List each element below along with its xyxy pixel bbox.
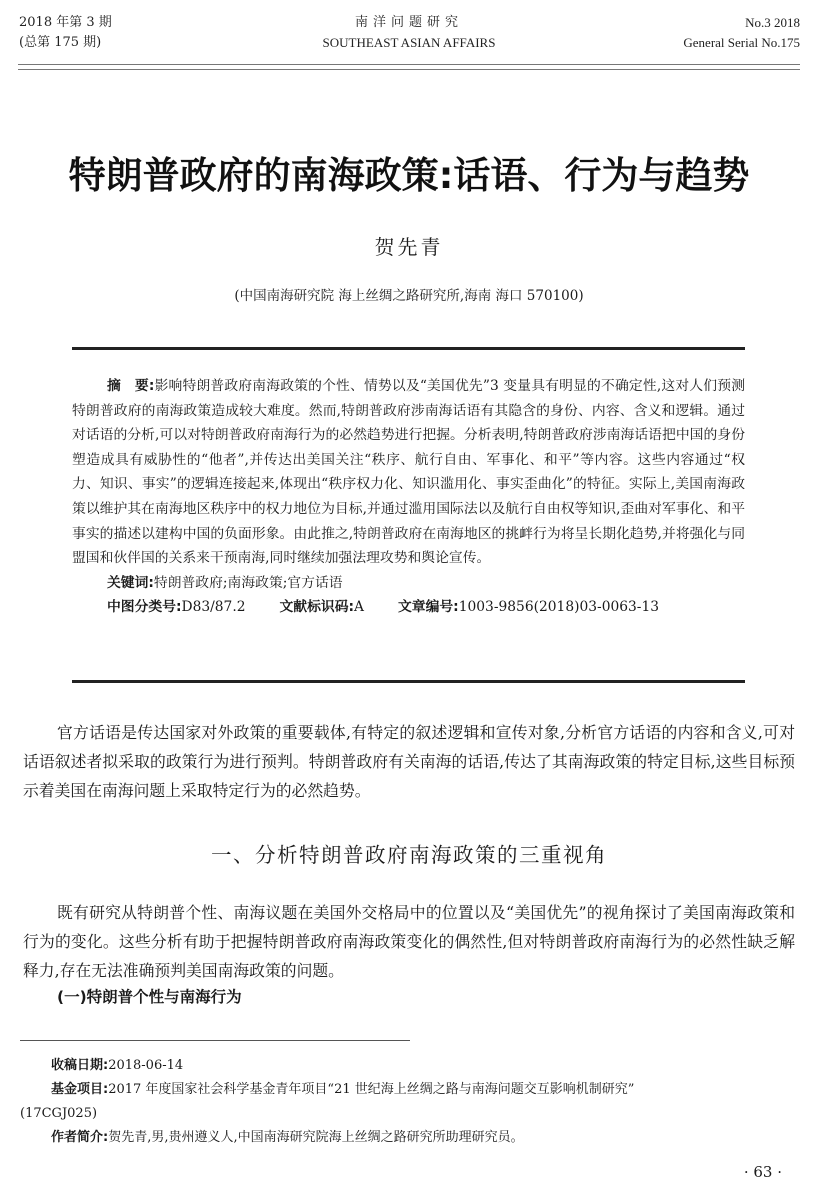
author-affiliation: (中国南海研究院 海上丝绸之路研究所,海南 海口 570100): [0, 284, 818, 304]
intro-paragraph: 官方话语是传达国家对外政策的重要载体,有特定的叙述逻辑和宣传对象,分析官方话语的…: [23, 718, 795, 805]
abstract-text: 影响特朗普政府南海政策的个性、情势以及“美国优先”3 变量具有明显的不确定性,这…: [72, 378, 745, 566]
article-title: 特朗普政府的南海政策:话语、行为与趋势: [0, 145, 818, 199]
fund-line: 基金项目:2017 年度国家社会科学基金青年项目“21 世纪海上丝绸之路与南海问…: [20, 1078, 798, 1102]
fund-value: 2017 年度国家社会科学基金青年项目“21 世纪海上丝绸之路与南海问题交互影响…: [108, 1082, 634, 1097]
header-rule: [18, 64, 800, 70]
abstract-paragraph: 摘 要:影响特朗普政府南海政策的个性、情势以及“美国优先”3 变量具有明显的不确…: [72, 374, 745, 571]
keywords-line: 关键词:特朗普政府;南海政策;官方话语: [72, 571, 745, 596]
clc-label: 中图分类号:: [107, 599, 182, 615]
doc-code-label: 文献标识码:: [280, 599, 355, 615]
footnotes-block: 收稿日期:2018-06-14 基金项目:2017 年度国家社会科学基金青年项目…: [20, 1054, 798, 1150]
abstract-top-rule: [72, 347, 745, 350]
abstract-block: 摘 要:影响特朗普政府南海政策的个性、情势以及“美国优先”3 变量具有明显的不确…: [72, 374, 745, 620]
section-heading: 一、分析特朗普政府南海政策的三重视角: [0, 838, 818, 868]
article-author: 贺先青: [0, 231, 818, 260]
author-bio-value: 贺先青,男,贵州遵义人,中国南海研究院海上丝绸之路研究所助理研究员。: [108, 1130, 523, 1145]
section1-block: 既有研究从特朗普个性、南海议题在美国外交格局中的位置以及“美国优先”的视角探讨了…: [23, 898, 795, 985]
received-value: 2018-06-14: [108, 1058, 183, 1073]
received-date-line: 收稿日期:2018-06-14: [20, 1054, 798, 1078]
keywords-label: 关键词:: [107, 575, 154, 591]
author-bio-label: 作者简介:: [51, 1130, 108, 1145]
fund-label: 基金项目:: [51, 1082, 108, 1097]
footnote-rule: [20, 1040, 410, 1041]
page-number: · 63 ·: [744, 1163, 782, 1181]
header-serial: No.3 2018 General Serial No.175: [683, 13, 800, 53]
header-serial-line1: No.3 2018: [683, 13, 800, 33]
keywords-value: 特朗普政府;南海政策;官方话语: [154, 575, 343, 591]
fund-code-line: (17CGJ025): [20, 1102, 798, 1126]
section1-paragraph: 既有研究从特朗普个性、南海议题在美国外交格局中的位置以及“美国优先”的视角探讨了…: [23, 898, 795, 985]
intro-block: 官方话语是传达国家对外政策的重要载体,有特定的叙述逻辑和宣传对象,分析官方话语的…: [23, 718, 795, 805]
article-no-label: 文章编号:: [398, 599, 459, 615]
header-serial-line2: General Serial No.175: [683, 33, 800, 53]
abstract-bottom-rule: [72, 680, 745, 683]
abstract-label: 摘 要:: [107, 378, 154, 394]
subsection-heading: (一)特朗普个性与南海行为: [57, 985, 242, 1007]
author-bio-line: 作者简介:贺先青,男,贵州遵义人,中国南海研究院海上丝绸之路研究所助理研究员。: [20, 1126, 798, 1150]
doc-code-value: A: [354, 599, 364, 615]
classification-line: 中图分类号:D83/87.2文献标识码:A文章编号:1003-9856(2018…: [72, 595, 745, 620]
received-label: 收稿日期:: [51, 1058, 108, 1073]
clc-value: D83/87.2: [182, 599, 246, 615]
article-no-value: 1003-9856(2018)03-0063-13: [459, 599, 659, 615]
